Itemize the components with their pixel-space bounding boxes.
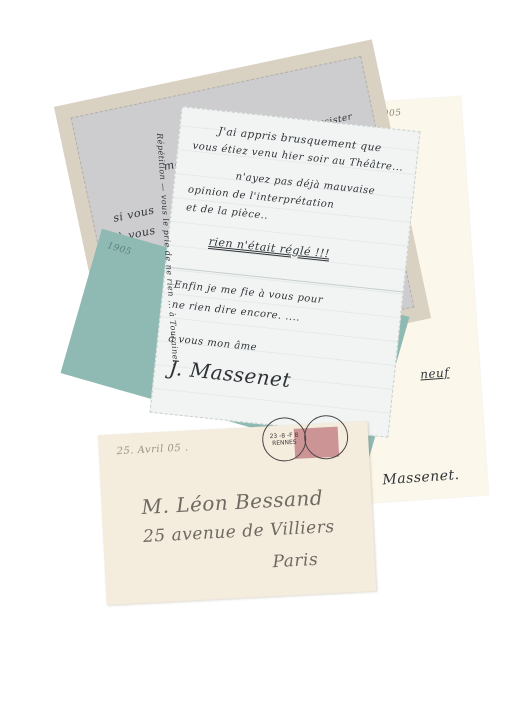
cream-letter-line: neuf	[420, 365, 450, 381]
letter-line: à vous mon âme	[168, 333, 258, 353]
white-lettercard: Répétition — vous le prie de ne rien ...…	[150, 106, 421, 437]
letter-line: ne rien dire encore. ....	[171, 299, 300, 323]
cream-letter-signature: Massenet.	[382, 467, 460, 488]
letter-line: et de la pièce..	[186, 202, 269, 222]
envelope-address-line: 25 avenue de Villiers	[143, 517, 335, 547]
teal-card-note: 1905	[106, 241, 133, 257]
letters-photo: . 1905 ..!) neuf Massenet. mon cher Léon…	[0, 0, 530, 707]
letter-signature: J. Massenet	[168, 356, 292, 393]
envelope-address-line: M. Léon Bessand	[141, 485, 324, 518]
letter-line-emphasis: rien n'était réglé !!!	[208, 235, 330, 261]
envelope-date-note: 25. Avril 05 .	[116, 442, 188, 457]
envelope-address-line: Paris	[272, 550, 319, 572]
postmark-text: 23 -8 -F 8 RENNES	[263, 431, 306, 447]
envelope: 23 -8 -F 8 RENNES 25. Avril 05 . M. Léon…	[98, 421, 377, 605]
grey-card-line: si vous	[112, 203, 156, 224]
